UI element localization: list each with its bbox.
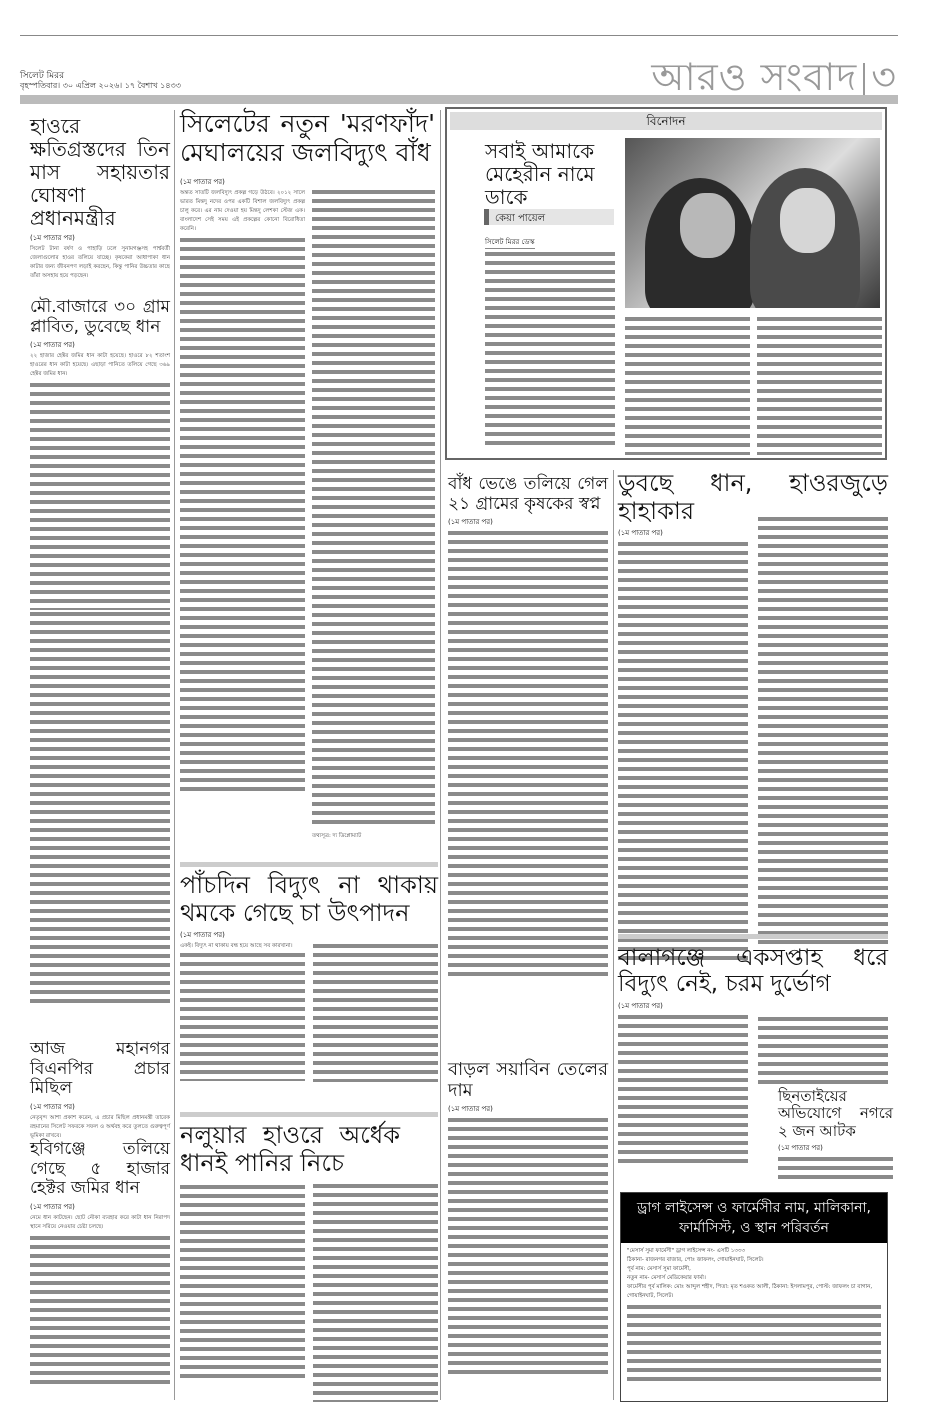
article-body-text [448,1116,608,1376]
article-body-text [180,1183,305,1383]
article-body-text [485,250,615,450]
continued-label: (১ম পাতার পর) [618,1002,888,1011]
article-body-text [180,951,305,1081]
article-tea[interactable]: পাঁচদিন বিদ্যুৎ না থাকায় থমকে গেছে চা উ… [180,872,438,1087]
article-body-text-col2 [758,1015,888,1085]
entertainment-label: বিনোদন [450,112,882,130]
headline: বাঁধ ভেঙে তলিয়ে গেল ২১ গ্রামের কৃষকের স… [448,475,608,514]
top-rule [20,35,898,36]
article-body-text-col2 [758,515,888,945]
headline: হাওরে ক্ষতিগ্রস্তদের তিন মাস সহায়তার ঘো… [30,115,170,230]
article-body: নেমে ধান কাটছেন। ছোট নৌকা ব্যবহার করে কা… [30,1214,170,1232]
notice-line: ফার্মেসীর পূর্ব মালিক: মোঃ আব্দুল শহীদ, … [627,1283,881,1301]
article-body-text [448,529,608,979]
continued-label: (১ম পাতার পর) [180,178,435,187]
article-body-text [30,1234,170,1384]
continued-label: (১ম পাতার পর) [30,1203,170,1212]
headline: মৌ.বাজারে ৩০ গ্রাম প্লাবিত, ডুবেছে ধান [30,298,170,337]
continued-label: (১ম পাতার পর) [180,931,438,940]
section-rule [180,1112,438,1117]
continued-label: (১ম পাতার পর) [30,341,170,350]
article-body-text [778,1155,893,1180]
article-soybean[interactable]: বাড়ল সয়াবিন তেলের দাম (১ম পাতার পর) [448,1060,608,1405]
article-rally[interactable]: আজ মহানগর বিএনপির প্রচার মিছিল (১ম পাতার… [30,1040,170,1130]
article-continued-text [30,610,170,1005]
date-line: বৃহস্পতিবার। ৩০ এপ্রিল ২০২৬। ১৭ বৈশাখ ১৪… [20,80,181,93]
actor-face [680,193,735,258]
article-body-text [30,381,170,621]
section-rule [180,862,438,867]
article-body-text-col2 [625,315,750,455]
headline: সিলেটের নতুন 'মরণফাঁদ' মেঘালয়ের জলবিদ্য… [180,110,435,168]
continued-label: (১ম পাতার পর) [448,1105,608,1114]
headline: পাঁচদিন বিদ্যুৎ না থাকায় থমকে গেছে চা উ… [180,872,438,927]
column-divider [613,470,614,1400]
article-body-text-col3 [757,315,882,455]
byline: কেয়া পায়েল [484,209,614,225]
page-number: ৩ [871,55,897,99]
headline: হবিগঞ্জে তলিয়ে গেছে ৫ হাজার হেক্টর জমির… [30,1140,170,1199]
headline: নলুয়ার হাওরে অর্ধেক ধানই পানির নিচে [180,1122,400,1177]
headline: বালাগঞ্জে একসপ্তাহ ধরে বিদ্যুৎ নেই, চরম … [618,945,888,998]
article-body: অন্তত সাতটি জলবিদ্যুৎ প্রকল্প গড়ে উঠবে।… [180,189,305,234]
actress-face [780,188,835,253]
notice-line: পূর্ব নাম: মেসার্স সুমা ফার্মেসী, [627,1265,881,1274]
article-relief[interactable]: হাওরে ক্ষতিগ্রস্তদের তিন মাস সহায়তার ঘো… [30,115,170,275]
notice-more-text [627,1303,881,1383]
article-body: নেতৃবৃন্দ আশা প্রকাশ করেন, এ প্রচার মিছি… [30,1114,170,1141]
notice-line: ঠিকানা- রাজনগর বাজার, পোঃ জাফলং, গোয়াইন… [627,1256,881,1265]
continued-label: (১ম পাতার পর) [448,518,608,527]
headline: বাড়ল সয়াবিন তেলের দাম [448,1060,608,1101]
notice-line: "মেসার্স সুমা ফার্মেসী" ড্রাগ লাইসেন্স ন… [627,1247,881,1256]
article-body: একই। বিদ্যুৎ না থাকায় বন্ধ হয়ে আছে সব … [180,942,305,951]
section-rule [618,934,888,939]
section-title-text: আরও সংবাদ [651,55,857,99]
column-divider [440,110,441,1400]
continued-label: (১ম পাতার পর) [30,1103,170,1112]
article-embankment[interactable]: বাঁধ ভেঙে তলিয়ে গেল ২১ গ্রামের কৃষকের স… [448,475,608,1015]
title-divider [863,63,865,97]
article-moulvibazar[interactable]: মৌ.বাজারে ৩০ গ্রাম প্লাবিত, ডুবেছে ধান (… [30,298,170,598]
continued-label: (১ম পাতার পর) [778,1144,893,1153]
notice-line: নতুন নাম- মেসার্স মেডিকেয়ার ফার্মা। [627,1274,881,1283]
continued-label: (১ম পাতার পর) [30,234,170,243]
article-naluar[interactable]: নলুয়ার হাওরে অর্ধেক ধানই পানির নিচে [180,1122,438,1407]
article-body-text-col2 [313,942,438,1082]
article-drowning[interactable]: ডুবছে ধান, হাওরজুড়ে হাহাকার (১ম পাতার প… [618,470,888,950]
entertainment-headline[interactable]: সবাই আমাকে মেহেরীন নামে ডাকে [485,140,615,209]
notice-body: "মেসার্স সুমা ফার্মেসী" ড্রাগ লাইসেন্স ন… [621,1243,887,1387]
article-body-text-col2 [313,1182,438,1402]
pharmacy-notice: ড্রাগ লাইসেন্স ও ফার্মেসীর নাম, মালিকানা… [620,1192,888,1402]
article-body-text-col2 [312,188,435,828]
column-divider [174,110,175,1400]
source-note: তথ্যসূত্র: দ্য ডিপ্লোম্যাট [312,832,361,841]
article-body-text [180,236,305,796]
headline: আজ মহানগর বিএনপির প্রচার মিছিল [30,1040,170,1099]
article-body-text [30,610,170,1005]
article-body-text [618,540,748,960]
notice-title: ড্রাগ লাইসেন্স ও ফার্মেসীর নাম, মালিকানা… [621,1193,887,1243]
article-dam[interactable]: সিলেটের নতুন 'মরণফাঁদ' মেঘালয়ের জলবিদ্য… [180,110,435,840]
desk-credit: সিলেট মিরর ডেস্ক [485,236,535,249]
article-body-text [618,1013,748,1163]
header-band [20,95,898,104]
headline: ছিনতাইয়ের অভিযোগে নগরে ২ জন আটক [778,1088,893,1140]
article-snatching[interactable]: ছিনতাইয়ের অভিযোগে নগরে ২ জন আটক (১ম পাত… [778,1088,893,1178]
article-habiganj[interactable]: হবিগঞ্জে তলিয়ে গেছে ৫ হাজার হেক্টর জমির… [30,1140,170,1400]
article-body: ২২ হাজার হেক্টর জমির ধান কাটা হয়েছে। হা… [30,352,170,379]
drama-still-photo [625,138,880,308]
